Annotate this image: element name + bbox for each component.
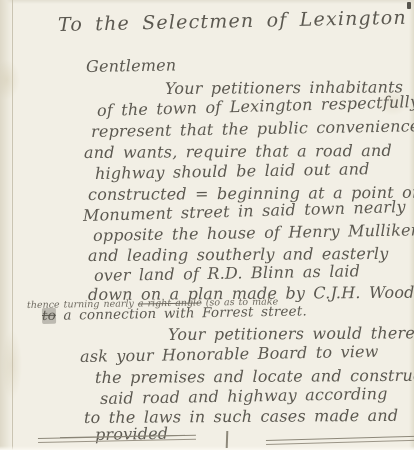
scanned-letter-page: To the Selectmen of Lexington Gentlemen …	[0, 0, 414, 450]
letter-line: opposite the house of Henry Mulliken	[93, 220, 414, 245]
letter-line: highway should be laid out and	[95, 159, 370, 183]
paper-edge-top	[0, 0, 414, 4]
letter-heading: To the Selectmen of Lexington	[58, 7, 407, 36]
correction-text: a connection with Forrest street.	[56, 303, 307, 323]
blotted-word: to	[42, 308, 56, 324]
letter-salutation: Gentlemen	[86, 55, 177, 76]
paper-edge-bottom	[0, 446, 414, 450]
letter-line: over land of R.D. Blinn as laid	[94, 261, 360, 285]
letter-line: ask your Honorable Board to view	[80, 342, 379, 366]
letter-line: represent that the public convenience	[91, 116, 414, 141]
paper-stain	[0, 60, 20, 100]
letter-line: of the town of Lexington respectfully	[97, 92, 414, 120]
pencil-rule-right	[266, 436, 414, 445]
paper-stain	[2, 330, 22, 400]
letter-line: said road and highway according	[100, 384, 388, 408]
corner-ink-speck	[407, 2, 411, 9]
correction-line-2: to a connection with Forrest street.	[42, 303, 307, 324]
